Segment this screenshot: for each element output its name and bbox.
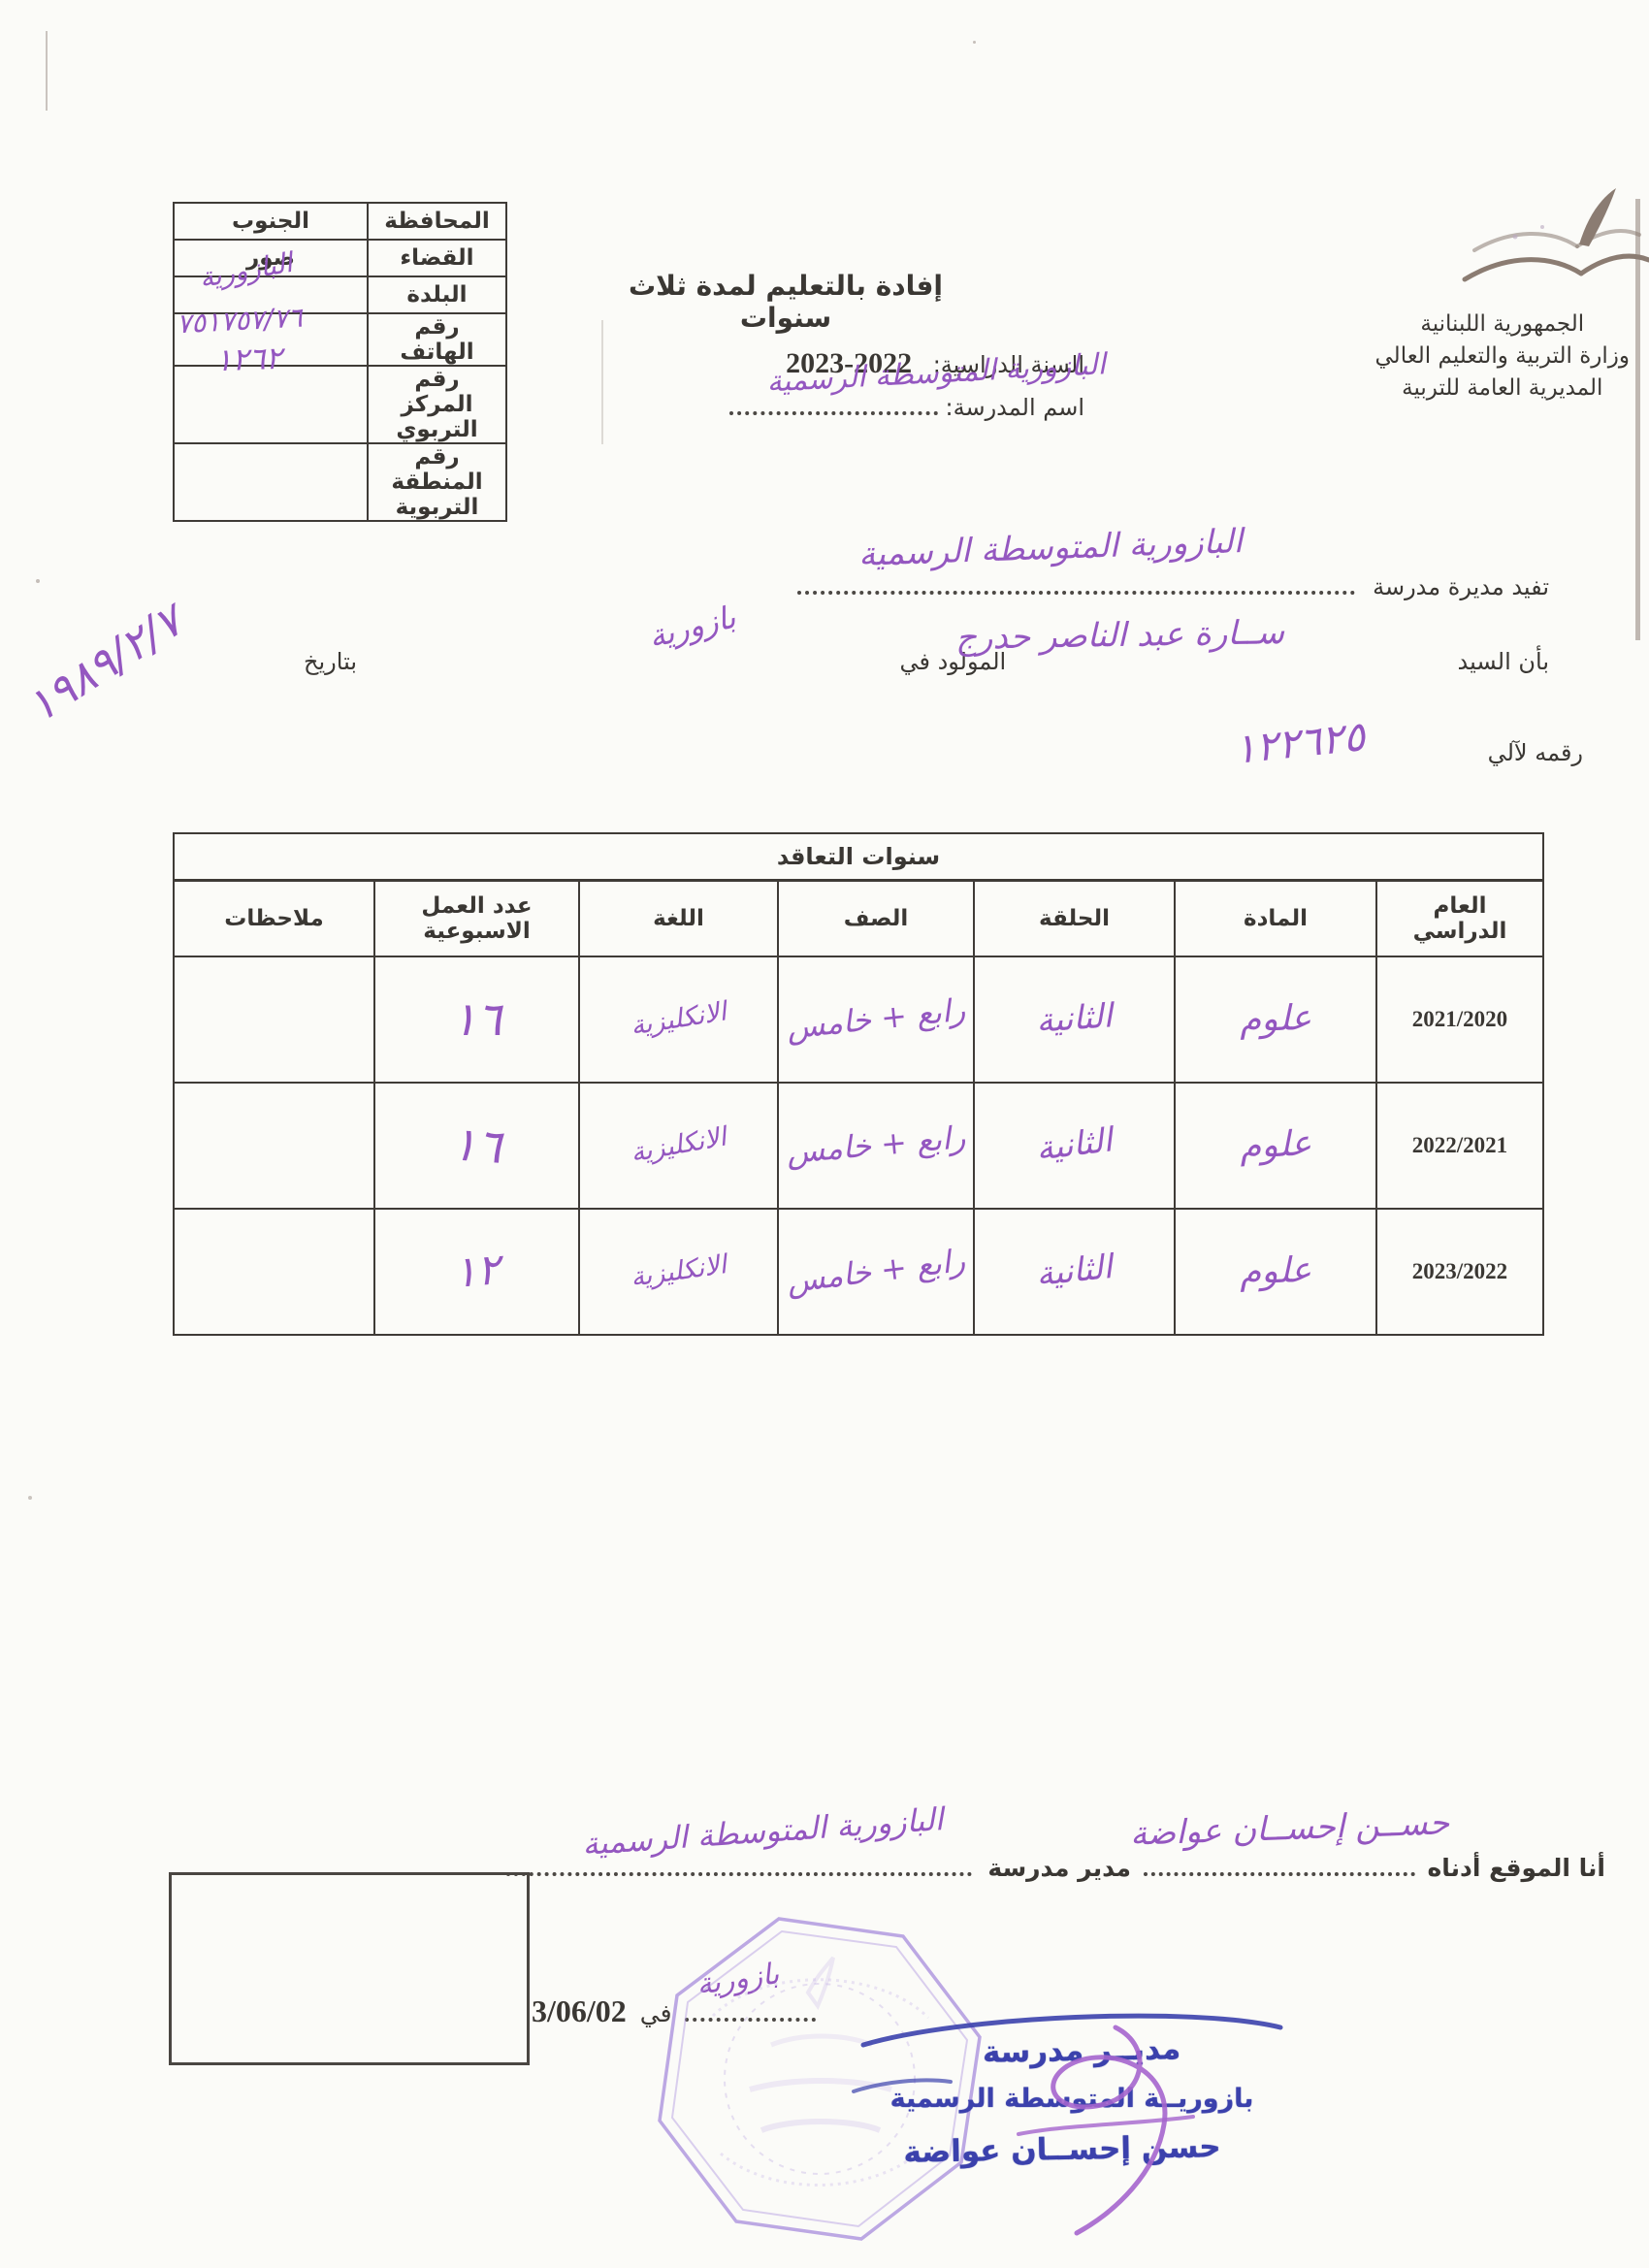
date-label: بتاريخ xyxy=(304,648,357,675)
issue-date-value: 3/06/02 xyxy=(532,1993,627,2028)
scan-crease xyxy=(601,320,603,444)
subject-cell-handwritten: علوم xyxy=(1173,1205,1378,1338)
birthplace-handwritten: بازورية xyxy=(645,600,738,654)
grade-cell-handwritten: رابع + خامس xyxy=(772,947,980,1092)
hours-cell-handwritten: ١٢ xyxy=(370,1200,585,1344)
subject-cell-handwritten: علوم xyxy=(1173,953,1378,1085)
hours-cell-handwritten: ١٦ xyxy=(374,956,579,1083)
declaration-label: أنا الموقع أدناه xyxy=(1427,1854,1605,1882)
col-header-weekly-hours: عدد العمل الاسبوعية xyxy=(374,881,579,957)
notes-cell xyxy=(174,1209,374,1335)
col-header-cycle: الحلقة xyxy=(974,881,1175,957)
scanned-certificate-page: الجمهورية اللبنانية وزارة التربية والتعل… xyxy=(0,0,1649,2268)
director-signature-scribble-icon xyxy=(824,1989,1368,2260)
government-header: الجمهورية اللبنانية وزارة التربية والتعل… xyxy=(1375,308,1630,405)
gov-line-ministry: وزارة التربية والتعليم العالي xyxy=(1375,340,1630,373)
birthdate-handwritten: ١٩٨٩/٢/٧ xyxy=(18,597,190,730)
year-cell: 2021/2020 xyxy=(1376,956,1543,1083)
grade-cell-handwritten: رابع + خامس xyxy=(771,1197,981,1346)
col-header-notes: ملاحظات xyxy=(174,881,374,957)
gov-line-directorate: المديرية العامة للتربية xyxy=(1375,373,1630,405)
info-label: رقم المركز التربوي xyxy=(368,366,506,443)
certify-label: تفيد مديرة مدرسة xyxy=(1373,573,1549,600)
scan-speck xyxy=(36,579,40,583)
info-value xyxy=(174,366,368,443)
dotted-line xyxy=(506,1848,972,1876)
scan-mark xyxy=(46,31,48,111)
contract-row-2021-2022: 2022/2021 علوم الثانية رابع + خامس الانك… xyxy=(174,1083,1543,1209)
cycle-cell-handwritten: الثانية xyxy=(970,950,1180,1089)
person-name-handwritten: ســارة عبد الناصر حدرج xyxy=(955,616,1285,657)
mr-label: بأن السيد xyxy=(1458,648,1549,675)
col-header-year: العام الدراسي xyxy=(1376,881,1543,957)
dotted-line xyxy=(1144,1848,1415,1876)
declaration-director-label: مدير مدرسة xyxy=(987,1854,1131,1882)
info-label: البلدة xyxy=(368,276,506,313)
cycle-cell-handwritten: الثانية xyxy=(968,1199,1180,1345)
notes-cell xyxy=(174,956,374,1083)
col-header-subject: المادة xyxy=(1175,881,1376,957)
info-value xyxy=(174,443,368,521)
body-line-number: رقمه لآلي xyxy=(1488,739,1583,766)
contract-row-2022-2023: 2023/2022 علوم الثانية رابع + خامس الانك… xyxy=(174,1209,1543,1335)
contract-row-2020-2021: 2021/2020 علوم الثانية رابع + خامس الانك… xyxy=(174,956,1543,1083)
scan-speck xyxy=(28,1496,32,1500)
col-header-grade: الصف xyxy=(778,881,974,957)
info-label: رقم المنطقة التربوية xyxy=(368,443,506,521)
notes-cell xyxy=(174,1083,374,1209)
contract-years-table: سنوات التعاقد العام الدراسي المادة الحلق… xyxy=(173,832,1544,1336)
body-line-school: تفيد مديرة مدرسة xyxy=(797,567,1549,600)
year-cell: 2023/2022 xyxy=(1376,1209,1543,1335)
info-value: الجنوب xyxy=(174,203,368,240)
school-name-label: اسم المدرسة: xyxy=(946,394,1084,421)
empty-signature-box xyxy=(169,1872,530,2065)
contract-table-title: سنوات التعاقد xyxy=(174,833,1543,881)
cycle-cell-handwritten: الثانية xyxy=(967,1071,1181,1220)
ministry-open-book-emblem-icon xyxy=(1453,186,1649,303)
phone-handwritten: ٧٥١٧٥٧/٧٦ xyxy=(176,304,303,339)
scan-speck xyxy=(973,41,976,44)
hours-cell-handwritten: ١٦ xyxy=(371,1076,584,1215)
info-label: المحافظة xyxy=(368,203,506,240)
language-cell-handwritten: الانكليزية xyxy=(571,1195,786,1347)
edu-center-number-handwritten: ١٢٦٢ xyxy=(214,342,282,377)
year-cell: 2022/2021 xyxy=(1376,1083,1543,1209)
subject-cell-handwritten: علوم xyxy=(1172,1078,1380,1215)
grade-cell-handwritten: رابع + خامس xyxy=(773,1074,980,1216)
contract-table-header-row: العام الدراسي المادة الحلقة الصف اللغة ع… xyxy=(174,881,1543,957)
info-row-edu-zone: رقم المنطقة التربوية xyxy=(174,443,506,521)
info-row-governorate: المحافظة الجنوب xyxy=(174,203,506,240)
auto-number-handwritten: ١٢٢٦٢٥ xyxy=(1232,715,1367,771)
document-title: إفادة بالتعليم لمدة ثلاث سنوات xyxy=(582,270,989,334)
gov-line-republic: الجمهورية اللبنانية xyxy=(1375,308,1630,340)
info-label: رقم الهاتف xyxy=(368,313,506,366)
auto-number-label: رقمه لآلي xyxy=(1488,739,1583,766)
body-school-handwritten: البازورية المتوسطة الرسمية xyxy=(857,525,1243,572)
info-label: القضاء xyxy=(368,240,506,276)
declaration-name-handwritten: حســن إحســان عواضة xyxy=(1129,1806,1449,1852)
